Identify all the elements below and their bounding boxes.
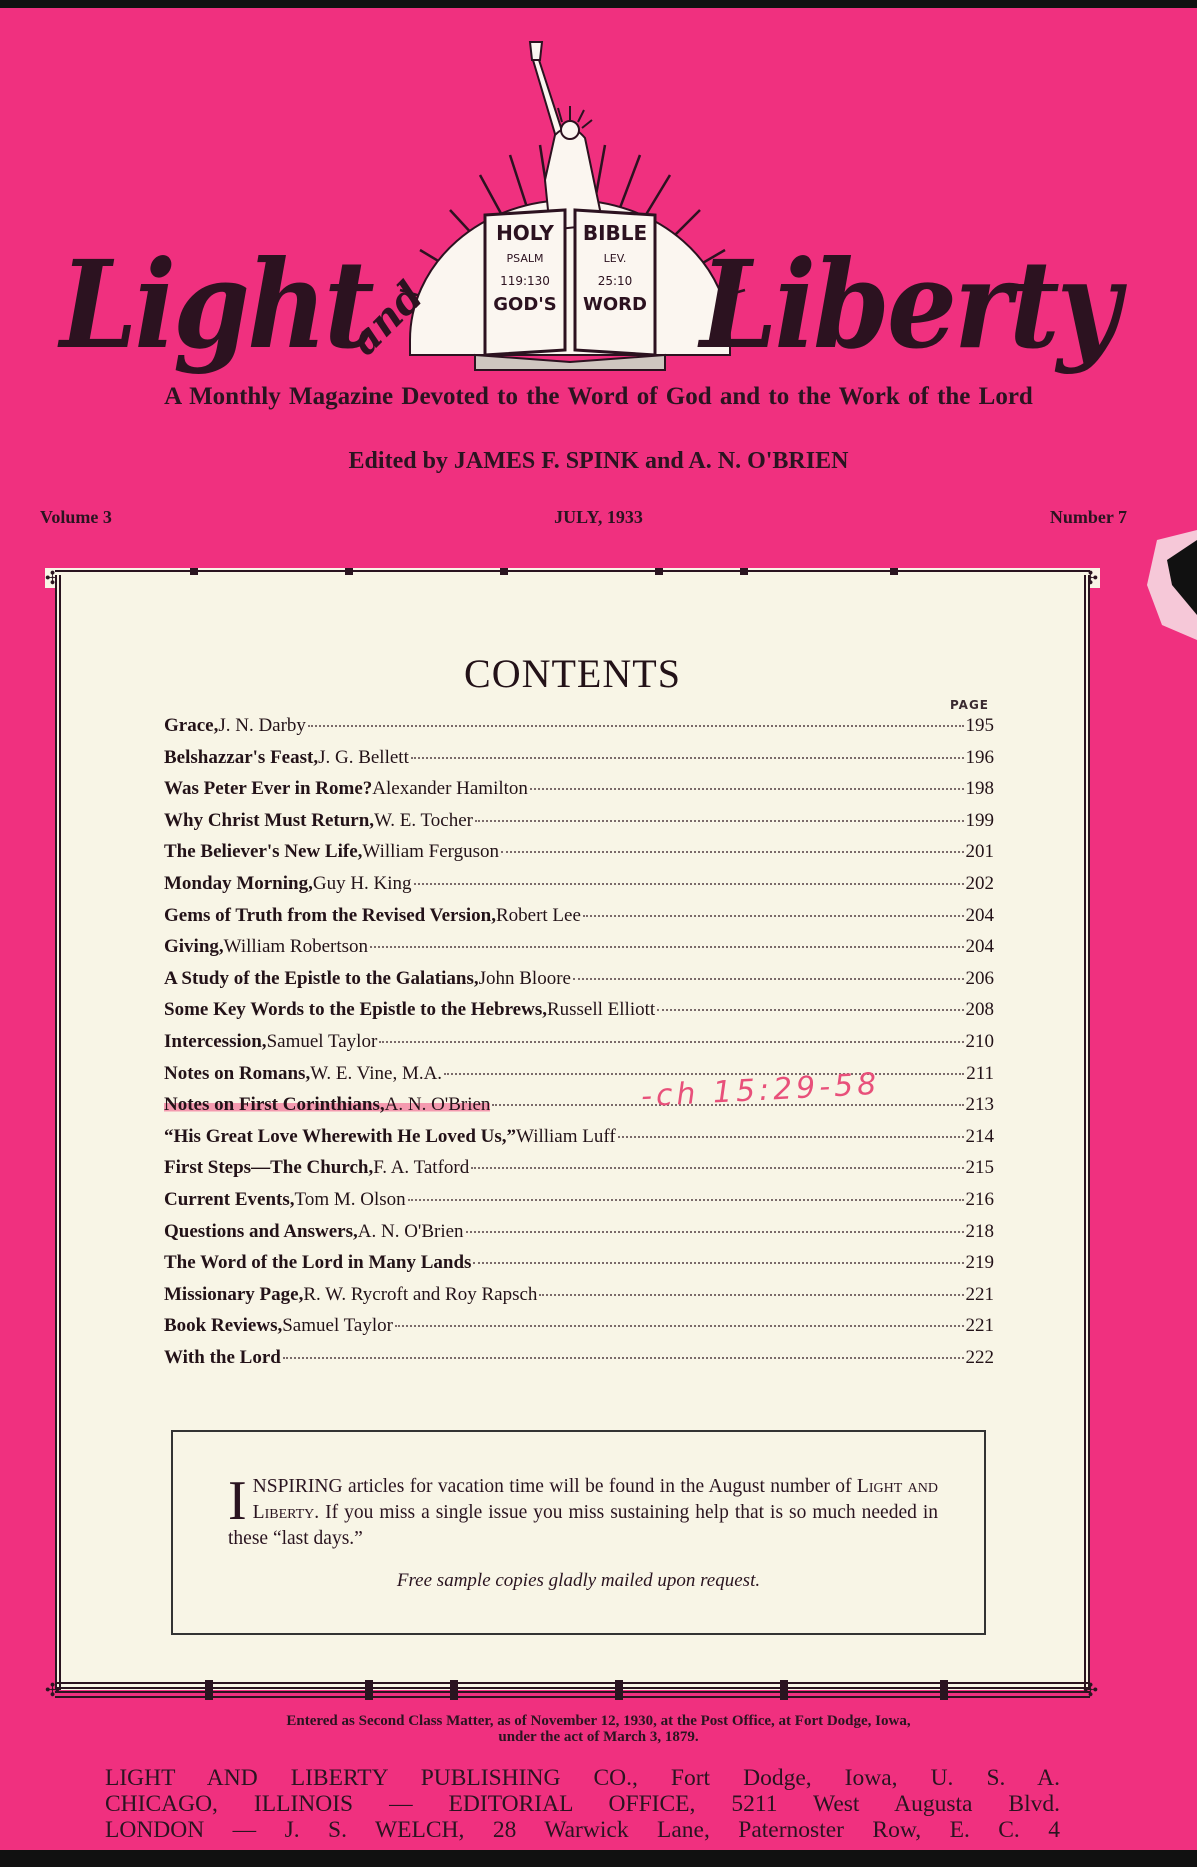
- toc-item[interactable]: Book Reviews, Samuel Taylor221: [164, 1315, 994, 1347]
- toc-item[interactable]: The Believer's New Life, William Ferguso…: [164, 841, 994, 873]
- page-number: 214: [966, 1126, 995, 1148]
- toc-item[interactable]: Intercession, Samuel Taylor210: [164, 1031, 994, 1063]
- page-number: 221: [966, 1284, 995, 1306]
- page-column-header: PAGE: [950, 698, 989, 712]
- toc-item[interactable]: Current Events, Tom M. Olson216: [164, 1189, 994, 1221]
- page-number: 204: [966, 905, 995, 927]
- dot-leader: [308, 725, 964, 727]
- page-number: 206: [966, 968, 995, 990]
- dot-leader: [414, 883, 964, 885]
- svg-text:119:130: 119:130: [500, 274, 550, 288]
- dot-leader: [370, 946, 963, 948]
- svg-text:✣: ✣: [45, 1680, 60, 1700]
- ornamental-border-bottom-icon: ✣ ✣: [45, 1680, 1100, 1700]
- title-light: Light: [60, 234, 372, 376]
- promo-box: INSPIRING articles for vacation time wil…: [171, 1430, 986, 1635]
- svg-text:GOD'S: GOD'S: [493, 294, 557, 315]
- contents-panel: CONTENTS PAGE Grace, J. N. Darby195 Bels…: [55, 575, 1090, 1690]
- page-number: 204: [966, 936, 995, 958]
- toc-item[interactable]: Monday Morning, Guy H. King202: [164, 873, 994, 905]
- page-number: 215: [966, 1157, 995, 1179]
- svg-text:LEV.: LEV.: [604, 252, 627, 265]
- dot-leader: [539, 1294, 963, 1296]
- dot-leader: [283, 1357, 964, 1359]
- dot-leader: [583, 915, 964, 917]
- title-liberty: Liberty: [700, 234, 1118, 376]
- page-number: 211: [966, 1063, 994, 1085]
- dot-leader: [657, 1009, 963, 1011]
- svg-text:PSALM: PSALM: [507, 252, 544, 265]
- page-number: 221: [966, 1315, 995, 1337]
- svg-text:WORD: WORD: [583, 294, 647, 315]
- page-number: 218: [966, 1221, 995, 1243]
- page-number: 219: [966, 1252, 995, 1274]
- page-number: 208: [966, 999, 995, 1021]
- magazine-subtitle: A Monthly Magazine Devoted to the Word o…: [0, 383, 1197, 411]
- dot-leader: [471, 1167, 963, 1169]
- editors-line: Edited by JAMES F. SPINK and A. N. O'BRI…: [0, 448, 1197, 475]
- dot-leader: [501, 851, 963, 853]
- drop-cap: I: [228, 1478, 247, 1524]
- toc-item[interactable]: Grace, J. N. Darby195: [164, 715, 994, 747]
- toc-item[interactable]: The Word of the Lord in Many Lands219: [164, 1252, 994, 1284]
- page-number: 196: [966, 747, 995, 769]
- postal-notice: Entered as Second Class Matter, as of No…: [0, 1713, 1197, 1745]
- toc-item[interactable]: “His Great Love Wherewith He Loved Us,” …: [164, 1126, 994, 1158]
- toc-item[interactable]: Missionary Page, R. W. Rycroft and Roy R…: [164, 1284, 994, 1316]
- issue-number: Number 7: [1050, 507, 1127, 528]
- toc-item[interactable]: First Steps—The Church, F. A. Tatford215: [164, 1157, 994, 1189]
- svg-text:HOLY: HOLY: [496, 221, 554, 245]
- toc-item[interactable]: Giving, William Robertson204: [164, 936, 994, 968]
- dot-leader: [379, 1041, 963, 1043]
- toc-item[interactable]: Gems of Truth from the Revised Version, …: [164, 905, 994, 937]
- dot-leader: [573, 978, 964, 980]
- page-number: 216: [966, 1189, 995, 1211]
- dot-leader: [473, 1262, 963, 1264]
- dot-leader: [444, 1073, 964, 1075]
- dot-leader: [475, 820, 964, 822]
- page-number: 198: [966, 778, 995, 800]
- promo-text: INSPIRING articles for vacation time wil…: [228, 1474, 938, 1552]
- masthead: HOLY BIBLE PSALM LEV. 119:130 25:10 GOD'…: [0, 20, 1197, 380]
- toc-item[interactable]: With the Lord222: [164, 1347, 994, 1379]
- publisher-line-2: CHICAGO, ILLINOIS — EDITORIAL OFFICE, 52…: [105, 1791, 1060, 1817]
- publisher-info: LIGHT AND LIBERTY PUBLISHING CO., Fort D…: [105, 1765, 1060, 1843]
- toc-item[interactable]: Why Christ Must Return, W. E. Tocher199: [164, 810, 994, 842]
- dot-leader: [395, 1325, 964, 1327]
- toc-item[interactable]: Questions and Answers, A. N. O'Brien218: [164, 1221, 994, 1253]
- toc-item[interactable]: Some Key Words to the Epistle to the Heb…: [164, 999, 994, 1031]
- toc-item[interactable]: A Study of the Epistle to the Galatians,…: [164, 968, 994, 1000]
- dot-leader: [466, 1231, 964, 1233]
- scan-edge-top: [0, 0, 1197, 8]
- svg-text:25:10: 25:10: [598, 274, 633, 288]
- page-number: 201: [966, 841, 995, 863]
- publisher-line-1: LIGHT AND LIBERTY PUBLISHING CO., Fort D…: [105, 1765, 1060, 1791]
- svg-text:BIBLE: BIBLE: [583, 221, 647, 245]
- dot-leader: [411, 757, 964, 759]
- publisher-line-3: LONDON — J. S. WELCH, 28 Warwick Lane, P…: [105, 1817, 1060, 1843]
- svg-text:✣: ✣: [1083, 1680, 1098, 1700]
- page-number: 210: [966, 1031, 995, 1053]
- dot-leader: [408, 1199, 964, 1201]
- page-number: 222: [966, 1347, 995, 1369]
- page-number: 213: [966, 1094, 995, 1116]
- contents-heading: CONTENTS: [61, 650, 1084, 697]
- torn-corner-icon: [1142, 530, 1197, 640]
- page-number: 199: [966, 810, 995, 832]
- toc-item[interactable]: Belshazzar's Feast, J. G. Bellett196: [164, 747, 994, 779]
- page-number: 195: [966, 715, 995, 737]
- free-sample-line: Free sample copies gladly mailed upon re…: [173, 1570, 984, 1592]
- table-of-contents: Grace, J. N. Darby195 Belshazzar's Feast…: [164, 715, 994, 1378]
- issue-date: JULY, 1933: [0, 507, 1197, 528]
- page-number: 202: [966, 873, 995, 895]
- scan-edge-bottom: [0, 1850, 1197, 1867]
- toc-item[interactable]: Was Peter Ever in Rome? Alexander Hamilt…: [164, 778, 994, 810]
- dot-leader: [618, 1136, 964, 1138]
- dot-leader: [530, 788, 964, 790]
